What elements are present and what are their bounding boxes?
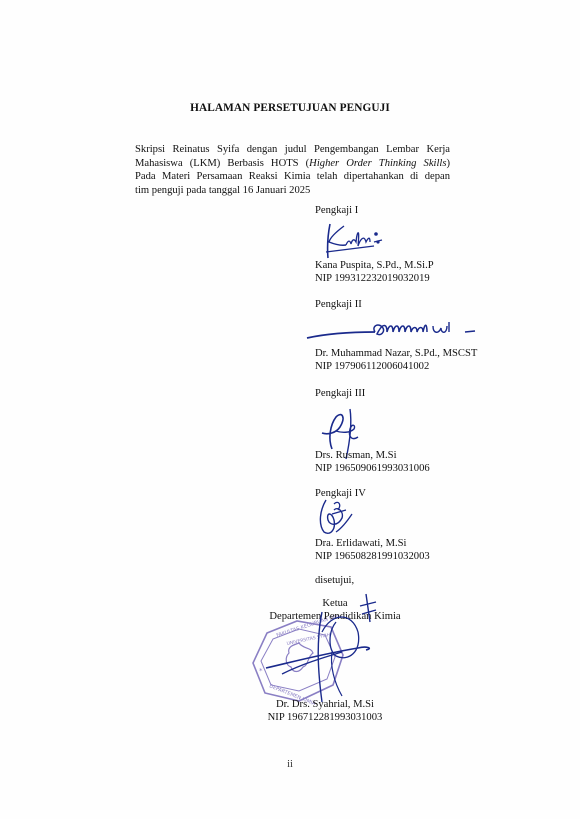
paragraph-line-2-pre: Mahasiswa (LKM) Berbasis HOTS ( — [135, 158, 309, 169]
signature-pengkaji-2-icon — [305, 318, 480, 346]
approver-position: Ketua Departemen Pendidikan Kimia — [230, 597, 440, 624]
examiner-1-name: Kana Puspita, S.Pd., M.Si.P — [315, 259, 434, 272]
paragraph-line-2-post: ) — [446, 158, 450, 169]
approver-name: Dr. Drs. Syahrial, M.Si — [240, 698, 410, 711]
examiner-2-role: Pengkaji II — [315, 298, 362, 311]
examiner-1-nip: NIP 199312232019032019 — [315, 272, 430, 285]
page-title: HALAMAN PERSETUJUAN PENGUJI — [0, 102, 580, 114]
examiner-2-nip: NIP 197906112006041002 — [315, 360, 429, 373]
page-number: ii — [0, 759, 580, 770]
examiner-3-name: Drs. Rusman, M.Si — [315, 449, 397, 462]
approver-position-line-2: Departemen Pendidikan Kimia — [230, 610, 440, 623]
approver-position-line-1: Ketua — [230, 597, 440, 610]
examiner-3-nip: NIP 196509061993031006 — [315, 462, 430, 475]
examiner-3-role: Pengkaji III — [315, 387, 365, 400]
signature-pengkaji-4-icon — [312, 494, 362, 540]
paragraph-line-1: Skripsi Reinatus Syifa dengan judul Peng… — [135, 143, 450, 157]
approval-paragraph: Skripsi Reinatus Syifa dengan judul Peng… — [135, 143, 450, 197]
examiner-4-name: Dra. Erlidawati, M.Si — [315, 537, 407, 550]
approval-label: disetujui, — [315, 574, 354, 587]
document-page: HALAMAN PERSETUJUAN PENGUJI Skripsi Rein… — [0, 0, 580, 819]
examiner-2-name: Dr. Muhammad Nazar, S.Pd., MSCST — [315, 347, 477, 360]
department-stamp-icon: FAKULTAS KEGURUAN DAN UNIVERSITAS SYIAH … — [247, 615, 347, 705]
svg-text:*: * — [259, 667, 263, 675]
examiner-4-nip: NIP 196508281991032003 — [315, 550, 430, 563]
approver-block: Dr. Drs. Syahrial, M.Si NIP 196712281993… — [240, 698, 410, 725]
paragraph-line-2: Mahasiswa (LKM) Berbasis HOTS (Higher Or… — [135, 157, 450, 171]
svg-text:UNIVERSITAS SYIAH: UNIVERSITAS SYIAH — [286, 632, 331, 647]
signature-pengkaji-1-icon — [318, 218, 388, 262]
approver-nip: NIP 196712281993031003 — [240, 711, 410, 724]
paragraph-line-3: Pada Materi Persamaan Reaksi Kimia telah… — [135, 170, 450, 184]
examiner-1-role: Pengkaji I — [315, 204, 358, 217]
hots-italic-term: Higher Order Thinking Skills — [309, 158, 446, 169]
paragraph-line-4: tim penguji pada tanggal 16 Januari 2025 — [135, 184, 450, 198]
examiner-4-role: Pengkaji IV — [315, 487, 366, 500]
